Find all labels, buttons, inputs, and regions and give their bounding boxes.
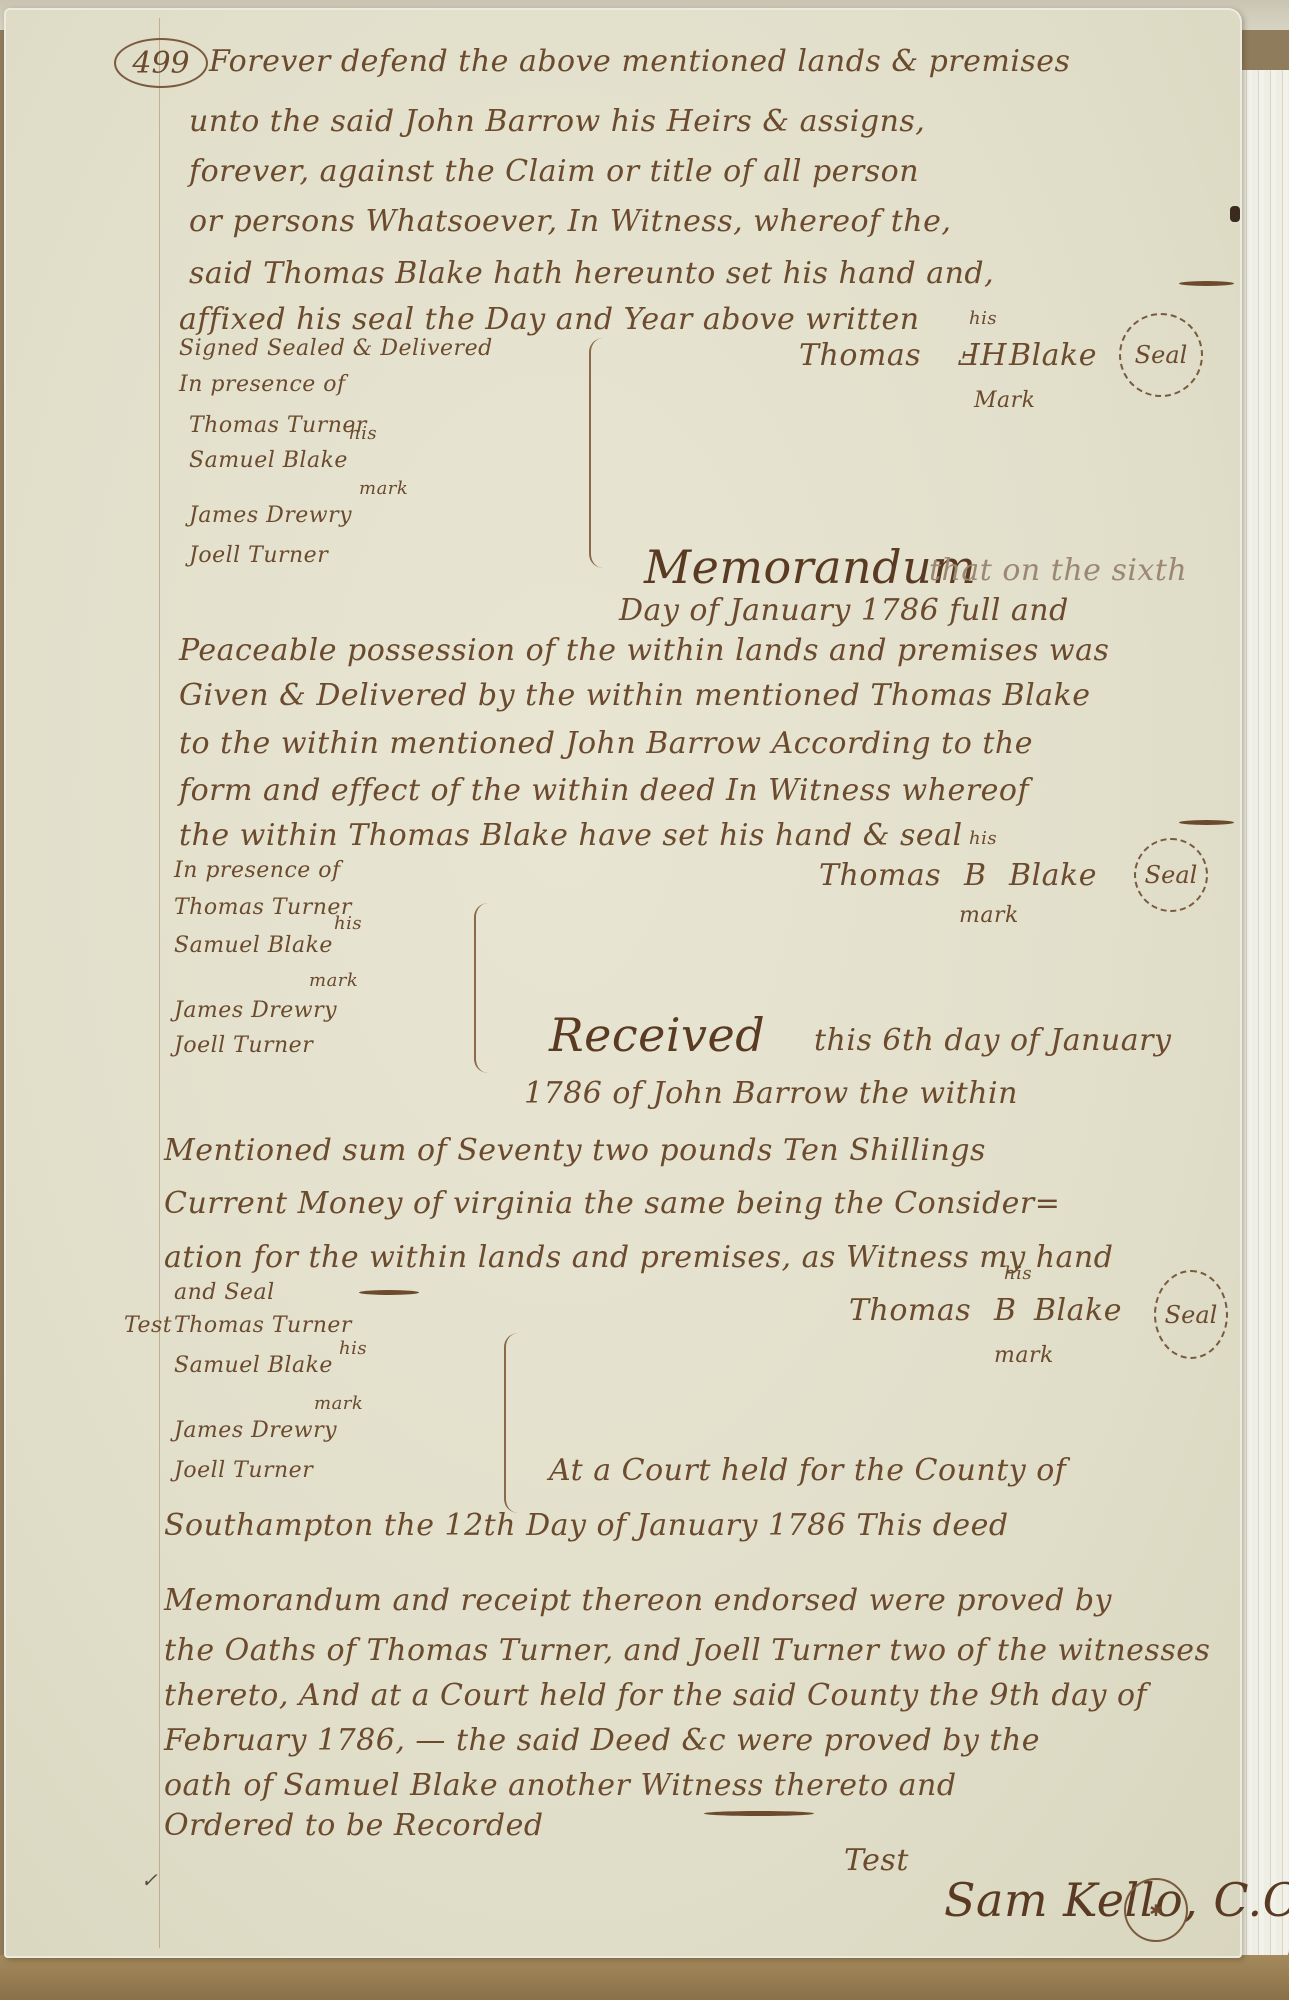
receipt-witness-2: Samuel Blake [174, 1353, 333, 1378]
signature-his: his [969, 308, 997, 329]
court-line-6: February 1786, — the said Deed &c were p… [164, 1723, 1040, 1758]
margin-rule [159, 18, 160, 1948]
seal-mark: Seal [1119, 313, 1203, 397]
signature-his: his [1004, 1263, 1032, 1284]
margin-checkmark: ✓ [141, 1868, 158, 1892]
signature-mark-label: Mark [974, 388, 1036, 413]
signature-flourish: ✱ [1124, 1878, 1188, 1942]
court-line-8: Ordered to be Recorded [164, 1808, 544, 1843]
deed-line-1: Forever defend the above mentioned lands… [209, 44, 1070, 79]
deed-line-2: unto the said John Barrow his Heirs & as… [189, 104, 925, 139]
attestation-heading-2: In presence of [179, 372, 346, 397]
signature-last-name: Blake [1009, 338, 1097, 373]
seal-mark: Seal [1154, 1270, 1228, 1359]
seal-mark: Seal [1134, 838, 1208, 912]
memorandum-witness-3: James Drewry [174, 998, 337, 1023]
signature-mark-label: mark [959, 903, 1019, 928]
desk-surface [0, 1955, 1289, 2000]
receipt-line-1: this 6th day of January [814, 1023, 1171, 1058]
court-line-2: Southampton the 12th Day of January 1786… [164, 1508, 1009, 1543]
receipt-heading: Received [549, 1008, 765, 1062]
book-page-edges [1240, 70, 1289, 1960]
line-end-flourish [704, 1811, 814, 1816]
page-number: 499 [114, 38, 208, 88]
memorandum-line-1: that on the sixth [929, 553, 1187, 588]
attest-label: Test [844, 1843, 909, 1878]
witness-brace [504, 1333, 520, 1513]
witness-mark: mark [359, 478, 408, 499]
memorandum-line-4: Given & Delivered by the within mentione… [179, 678, 1091, 713]
clerk-signature: Sam Kello, C.C. [944, 1873, 1289, 1927]
witness-his: his [334, 913, 362, 934]
witness-mark: mark [309, 970, 358, 991]
memorandum-line-2: Day of January 1786 full and [619, 593, 1069, 628]
receipt-line-6: and Seal [174, 1280, 275, 1305]
signature-his: his [969, 828, 997, 849]
signature-last-name: Blake [1034, 1293, 1122, 1328]
witness-his: his [339, 1338, 367, 1359]
signature-first-name: Thomas [849, 1293, 971, 1328]
witness-4: Joell Turner [189, 543, 328, 568]
witness-3: James Drewry [189, 503, 352, 528]
memorandum-attestation: In presence of [174, 858, 341, 883]
witness-brace [589, 338, 605, 568]
ink-blot [1230, 206, 1240, 222]
line-end-flourish [1179, 820, 1234, 825]
memorandum-witness-4: Joell Turner [174, 1033, 313, 1058]
court-line-7: oath of Samuel Blake another Witness the… [164, 1768, 957, 1803]
memorandum-line-7: the within Thomas Blake have set his han… [179, 818, 963, 853]
memorandum-witness-1: Thomas Turner [174, 895, 352, 920]
attestation-heading-1: Signed Sealed & Delivered [179, 336, 493, 361]
memorandum-line-5: to the within mentioned John Barrow Acco… [179, 726, 1033, 761]
signature-mark-label: mark [994, 1343, 1054, 1368]
receipt-line-3: Mentioned sum of Seventy two pounds Ten … [164, 1133, 986, 1168]
witness-2: Samuel Blake [189, 448, 348, 473]
memorandum-line-6: form and effect of the within deed In Wi… [179, 773, 1029, 808]
court-line-3: Memorandum and receipt thereon endorsed … [164, 1583, 1112, 1618]
witness-brace [474, 903, 490, 1073]
court-line-4: the Oaths of Thomas Turner, and Joell Tu… [164, 1633, 1210, 1668]
memorandum-heading: Memorandum [644, 540, 976, 594]
witness-his: his [349, 423, 377, 444]
receipt-line-2: 1786 of John Barrow the within [524, 1076, 1018, 1111]
receipt-attestation: Test [124, 1313, 172, 1338]
signature-first-name: Thomas [819, 858, 941, 893]
line-end-flourish [1179, 281, 1234, 286]
receipt-witness-3: James Drewry [174, 1418, 337, 1443]
deed-line-5: said Thomas Blake hath hereunto set his … [189, 256, 994, 291]
signature-mark-symbol: B [994, 1293, 1017, 1328]
memorandum-witness-2: Samuel Blake [174, 933, 333, 958]
deed-line-3: forever, against the Claim or title of a… [189, 154, 919, 189]
ledger-page: 499 Forever defend the above mentioned l… [4, 8, 1242, 1958]
deed-line-4: or persons Whatsoever, In Witness, where… [189, 204, 951, 239]
signature-mark-symbol: B [964, 858, 987, 893]
receipt-witness-1: Thomas Turner [174, 1313, 352, 1338]
receipt-witness-4: Joell Turner [174, 1458, 313, 1483]
witness-1: Thomas Turner [189, 413, 367, 438]
witness-mark: mark [314, 1393, 363, 1414]
receipt-line-5: ation for the within lands and premises,… [164, 1240, 1113, 1275]
memorandum-line-3: Peaceable possession of the within lands… [179, 633, 1109, 668]
line-end-flourish [359, 1290, 419, 1295]
signature-last-name: Blake [1009, 858, 1097, 893]
signature-mark-symbol: ℲH [959, 338, 1007, 373]
deed-line-6: affixed his seal the Day and Year above … [179, 302, 920, 337]
court-line-5: thereto, And at a Court held for the sai… [164, 1678, 1147, 1713]
court-line-1: At a Court held for the County of [549, 1453, 1066, 1488]
receipt-line-4: Current Money of virginia the same being… [164, 1186, 1060, 1221]
signature-first-name: Thomas [799, 338, 921, 373]
